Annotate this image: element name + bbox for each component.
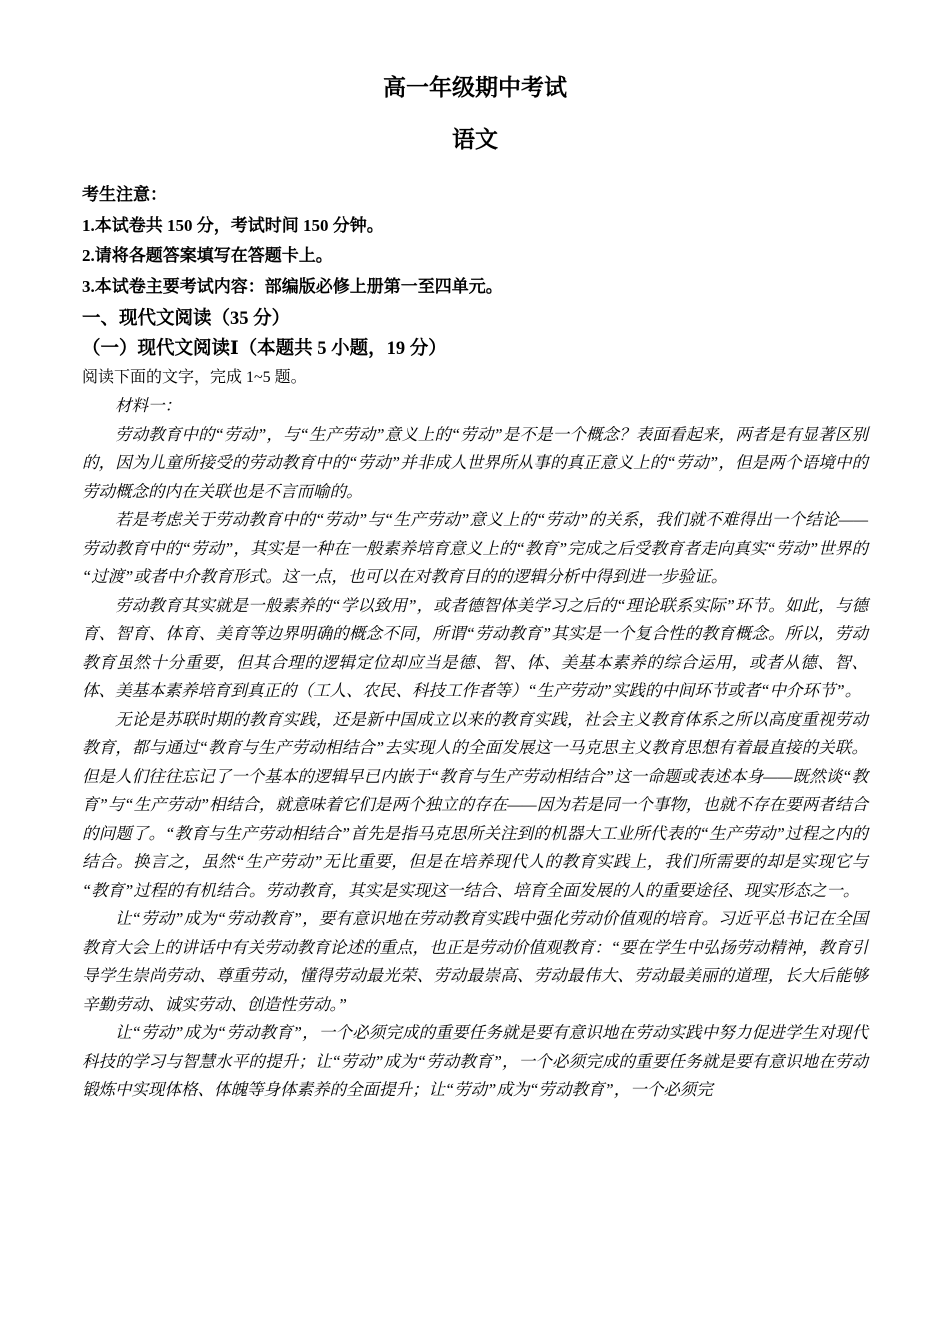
material-paragraph-4: 无论是苏联时期的教育实践，还是新中国成立以来的教育实践，社会主义教育体系之所以高…: [82, 706, 868, 906]
reading-instruction: 阅读下面的文字，完成 1~5 题。: [82, 364, 868, 392]
notice-heading: 考生注意：: [82, 180, 868, 211]
page-content: 高一年级期中考试 语文 考生注意： 1.本试卷共 150 分，考试时间 150 …: [82, 0, 868, 1105]
material-paragraph-1: 劳动教育中的“劳动”，与“生产劳动”意义上的“劳动”是不是一个概念？表面看起来，…: [82, 421, 868, 507]
material-paragraph-2: 若是考虑关于劳动教育中的“劳动”与“生产劳动”意义上的“劳动”的关系，我们就不难…: [82, 506, 868, 592]
section-heading-modern-reading: 一、现代文阅读（35 分）: [82, 304, 868, 334]
material-paragraph-5: 让“劳动”成为“劳动教育”，要有意识地在劳动教育实践中强化劳动价值观的培育。习近…: [82, 905, 868, 1019]
material-paragraph-6: 让“劳动”成为“劳动教育”，一个必须完成的重要任务就是要有意识地在劳动实践中努力…: [82, 1019, 868, 1105]
subsection-heading-reading-1: （一）现代文阅读Ⅰ（本题共 5 小题，19 分）: [82, 334, 868, 364]
material-one-label: 材料一：: [82, 392, 868, 421]
notice-item-1: 1.本试卷共 150 分，考试时间 150 分钟。: [82, 211, 868, 242]
candidate-notice: 考生注意： 1.本试卷共 150 分，考试时间 150 分钟。 2.请将各题答案…: [82, 180, 868, 302]
exam-paper-page: 高一年级期中考试 语文 考生注意： 1.本试卷共 150 分，考试时间 150 …: [0, 0, 950, 1344]
subject-title: 语文: [82, 126, 868, 154]
notice-item-3: 3.本试卷主要考试内容：部编版必修上册第一至四单元。: [82, 272, 868, 303]
notice-item-2: 2.请将各题答案填写在答题卡上。: [82, 241, 868, 272]
material-paragraph-3: 劳动教育其实就是一般素养的“学以致用”，或者德智体美学习之后的“理论联系实际”环…: [82, 592, 868, 706]
page-title: 高一年级期中考试: [82, 74, 868, 102]
